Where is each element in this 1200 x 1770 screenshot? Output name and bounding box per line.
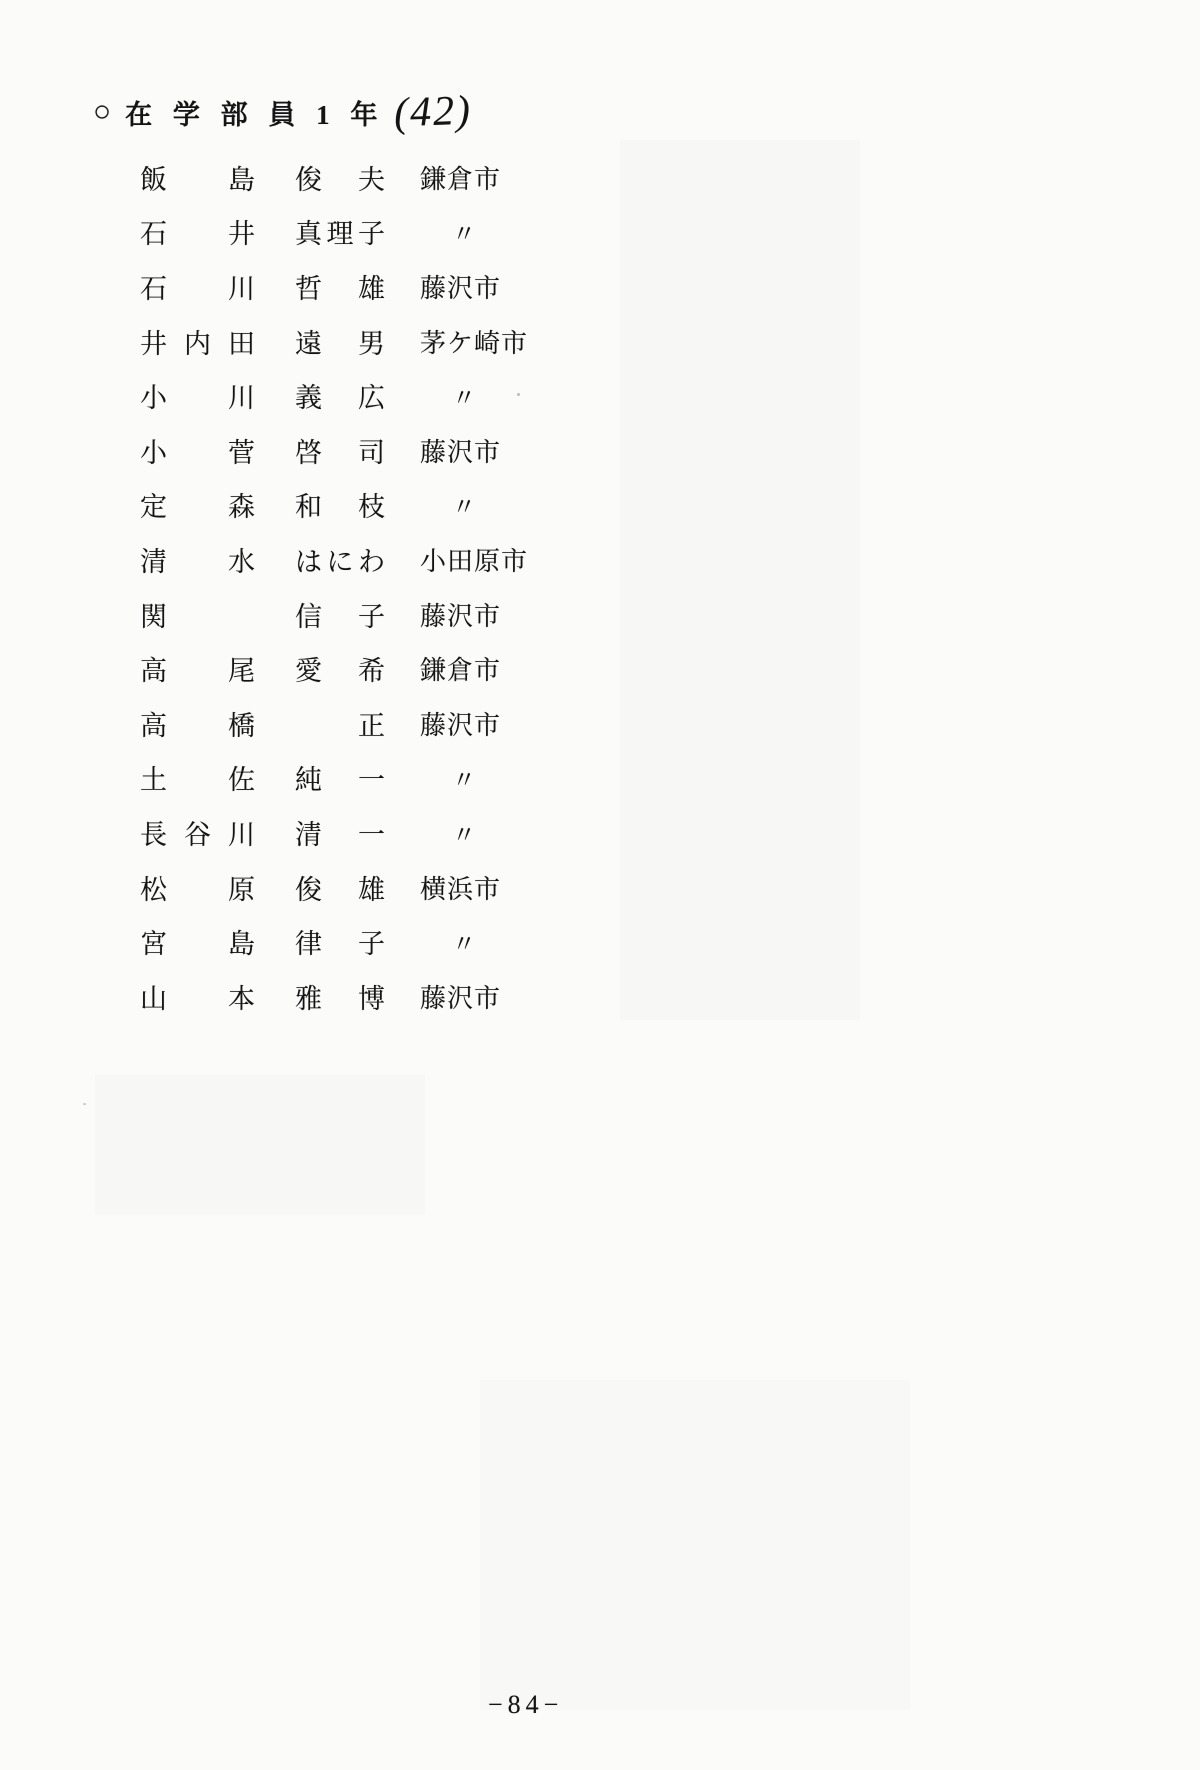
member-given: 律子: [295, 922, 385, 961]
name-character: 関: [140, 595, 167, 634]
name-character: 愛: [295, 649, 322, 688]
name-character: 俊: [295, 868, 322, 907]
scan-artifact: [95, 1075, 425, 1215]
name-character: 原: [228, 868, 255, 907]
name-character: 山: [140, 977, 167, 1016]
name-character: 義: [295, 376, 322, 415]
name-character: 雅: [295, 977, 322, 1016]
member-city: 〃: [420, 924, 592, 959]
member-row: 飯島 俊夫 鎌倉市: [0, 150, 1200, 205]
name-character: 子: [358, 595, 385, 634]
name-character: 哲: [295, 267, 322, 306]
member-surname: 高尾: [140, 649, 255, 688]
name-character: 菅: [228, 431, 255, 470]
member-given: 信子: [295, 595, 385, 634]
name-character: 松: [140, 868, 167, 907]
member-city: 〃: [420, 214, 592, 249]
name-character: 川: [228, 267, 255, 306]
name-character: 尾: [228, 649, 255, 688]
member-given: 真理子: [295, 212, 385, 251]
section-header: ○ 在 学 部 員 1 年 (42): [93, 88, 472, 136]
name-character: 理: [327, 212, 354, 251]
member-surname: 清水: [140, 540, 255, 579]
member-surname: 飯島: [140, 158, 255, 197]
member-city: 〃: [420, 815, 592, 850]
member-city: 藤沢市: [420, 432, 560, 469]
member-surname: 石川: [140, 267, 255, 306]
name-character: 石: [140, 212, 167, 251]
member-city: 藤沢市: [420, 978, 560, 1015]
member-given: 雅博: [295, 977, 385, 1016]
name-character: 佐: [228, 758, 255, 797]
member-surname: 井内田: [140, 322, 255, 361]
member-surname: 石井: [140, 212, 255, 251]
name-character: 定: [140, 485, 167, 524]
member-surname: 土佐: [140, 758, 255, 797]
name-character: 飯: [140, 158, 167, 197]
name-character: 一: [358, 758, 385, 797]
name-character: 田: [228, 322, 255, 361]
member-list: 飯島 俊夫 鎌倉市 石井 真理子 〃 石川 哲雄 藤沢市 井内田 遠男 茅ケ崎市…: [0, 150, 1200, 1024]
member-row: 土佐 純一 〃: [0, 751, 1200, 806]
name-character: わ: [358, 540, 385, 579]
member-row: 山本 雅博 藤沢市: [0, 969, 1200, 1024]
member-city: 藤沢市: [420, 268, 560, 305]
name-character: 内: [184, 322, 211, 361]
member-surname: 小川: [140, 376, 255, 415]
member-row: 清水 はにわ 小田原市: [0, 532, 1200, 587]
member-row: 高橋 正 藤沢市: [0, 696, 1200, 751]
name-character: 小: [140, 431, 167, 470]
name-character: 井: [140, 322, 167, 361]
name-character: 長: [140, 813, 167, 852]
name-character: 宮: [140, 922, 167, 961]
name-character: 希: [358, 649, 385, 688]
member-given: 俊雄: [295, 868, 385, 907]
name-character: 博: [358, 977, 385, 1016]
name-character: 律: [295, 922, 322, 961]
name-character: 雄: [358, 868, 385, 907]
name-character: 子: [358, 922, 385, 961]
member-row: 小菅 啓司 藤沢市: [0, 423, 1200, 478]
member-given: 正: [295, 704, 385, 743]
member-city: 〃: [420, 487, 592, 522]
name-character: 和: [295, 485, 322, 524]
member-given: 清一: [295, 813, 385, 852]
scan-artifact: [480, 1380, 910, 1710]
member-given: 和枝: [295, 485, 385, 524]
name-character: 夫: [358, 158, 385, 197]
name-character: は: [295, 540, 322, 579]
member-surname: 山本: [140, 977, 255, 1016]
member-row: 石川 哲雄 藤沢市: [0, 259, 1200, 314]
name-character: 橋: [228, 704, 255, 743]
member-city: 鎌倉市: [420, 650, 560, 687]
member-city: 小田原市: [420, 541, 560, 578]
name-character: 枝: [358, 485, 385, 524]
scan-artifact: [83, 1103, 86, 1105]
name-character: に: [327, 540, 354, 579]
name-character: 真: [295, 212, 322, 251]
name-character: 正: [358, 704, 385, 743]
scanned-page: ○ 在 学 部 員 1 年 (42) 飯島 俊夫 鎌倉市 石井 真理子 〃 石川…: [0, 0, 1200, 1770]
member-surname: 長谷川: [140, 813, 255, 852]
name-character: 土: [140, 758, 167, 797]
member-row: 松原 俊雄 横浜市: [0, 860, 1200, 915]
name-character: 水: [228, 540, 255, 579]
member-given: 純一: [295, 758, 385, 797]
name-character: 遠: [295, 322, 322, 361]
name-character: 男: [358, 322, 385, 361]
page-number: −84−: [488, 1690, 563, 1720]
member-given: はにわ: [295, 540, 385, 579]
section-title: 在 学 部 員 1 年: [125, 93, 384, 132]
name-character: 島: [228, 922, 255, 961]
name-character: 信: [295, 595, 322, 634]
member-row: 井内田 遠男 茅ケ崎市: [0, 314, 1200, 369]
handwritten-count-note: (42): [394, 87, 474, 138]
member-row: 関 信子 藤沢市: [0, 587, 1200, 642]
name-character: 高: [140, 704, 167, 743]
member-surname: 松原: [140, 868, 255, 907]
name-character: 井: [228, 212, 255, 251]
name-character: 啓: [295, 431, 322, 470]
name-character: 谷: [184, 813, 211, 852]
member-given: 愛希: [295, 649, 385, 688]
circle-marker-icon: ○: [93, 97, 111, 127]
member-city: 茅ケ崎市: [420, 323, 560, 360]
member-given: 啓司: [295, 431, 385, 470]
name-character: 清: [140, 540, 167, 579]
name-character: 高: [140, 649, 167, 688]
member-row: 小川 義広 〃: [0, 368, 1200, 423]
member-surname: 高橋: [140, 704, 255, 743]
name-character: 子: [358, 212, 385, 251]
member-city: 〃: [420, 378, 592, 413]
name-character: 純: [295, 758, 322, 797]
name-character: 石: [140, 267, 167, 306]
name-character: 一: [358, 813, 385, 852]
name-character: 司: [358, 431, 385, 470]
member-row: 長谷川 清一 〃: [0, 805, 1200, 860]
member-given: 俊夫: [295, 158, 385, 197]
name-character: 雄: [358, 267, 385, 306]
member-row: 高尾 愛希 鎌倉市: [0, 641, 1200, 696]
member-city: 横浜市: [420, 869, 560, 906]
member-given: 義広: [295, 376, 385, 415]
member-surname: 定森: [140, 485, 255, 524]
member-city: 藤沢市: [420, 705, 560, 742]
name-character: 川: [228, 376, 255, 415]
member-given: 哲雄: [295, 267, 385, 306]
member-given: 遠男: [295, 322, 385, 361]
member-row: 宮島 律子 〃: [0, 914, 1200, 969]
name-character: 俊: [295, 158, 322, 197]
name-character: 川: [228, 813, 255, 852]
name-character: 本: [228, 977, 255, 1016]
name-character: 小: [140, 376, 167, 415]
name-character: 島: [228, 158, 255, 197]
member-surname: 小菅: [140, 431, 255, 470]
member-surname: 関: [140, 595, 255, 634]
member-city: 藤沢市: [420, 596, 560, 633]
member-city: 〃: [420, 760, 592, 795]
member-row: 石井 真理子 〃: [0, 205, 1200, 260]
name-character: 広: [358, 376, 385, 415]
member-city: 鎌倉市: [420, 159, 560, 196]
member-row: 定森 和枝 〃: [0, 478, 1200, 533]
member-surname: 宮島: [140, 922, 255, 961]
name-character: 清: [295, 813, 322, 852]
name-character: 森: [228, 485, 255, 524]
